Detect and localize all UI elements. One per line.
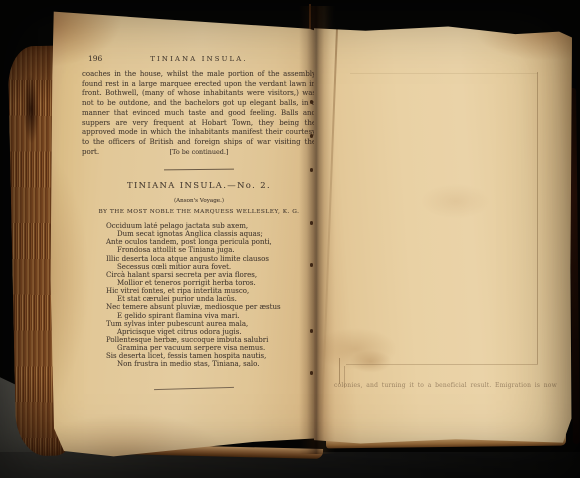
stitch-dot [310, 134, 313, 138]
poem-line: Mollior et teneros porrigit herba toros. [117, 279, 281, 287]
stitch-dot [310, 100, 313, 104]
poem-line: Occiduum laté pelago jactata sub axem, [106, 222, 281, 230]
open-book-photo: 196 TINIANA INSULA. coaches in the house… [0, 0, 580, 478]
poem-line: E gelido spirant flamina viva mari. [117, 312, 281, 320]
impression-line-bottom [346, 364, 538, 365]
binding-thread [309, 4, 311, 30]
right-page: colonies, and turning it to a beneficial… [314, 24, 572, 446]
running-header: TINIANA INSULA. [82, 55, 316, 63]
poem-line: Illic deserta loca atque angusto limite … [106, 255, 281, 263]
article-subtitle: (Anson's Voyage.) [82, 198, 316, 204]
stitch-dot [310, 329, 313, 333]
impression-line-vertical [537, 72, 538, 364]
poem-line: Circà halant sparsi secreta per avia flo… [106, 271, 281, 279]
poem-line: Non frustra in medio stas, Tiniana, salo… [117, 360, 281, 368]
body-paragraph: coaches in the house, whilst the male po… [82, 70, 316, 157]
crease-line [321, 28, 338, 428]
impression-line-top [350, 73, 538, 74]
section-divider-rule [164, 169, 234, 171]
show-through-text: colonies, and turning it to a beneficial… [334, 382, 550, 389]
stitch-dot [310, 263, 313, 267]
poem-line: Apricisque viget citrus odora jugis. [117, 328, 281, 336]
article-title: TINIANA INSULA.—No. 2. [82, 180, 316, 190]
end-rule [154, 387, 234, 390]
left-page: 196 TINIANA INSULA. coaches in the house… [26, 8, 318, 460]
poem-line: Pollentesque herbæ, succoque imbuta salu… [106, 336, 281, 344]
poem: Occiduum laté pelago jactata sub axem, D… [106, 222, 281, 369]
poem-line: Frondosa attollit se Tiniana juga. [117, 246, 281, 254]
continuation-notice: [To be continued.] [82, 148, 316, 156]
stitch-dot [310, 168, 313, 172]
impression-corner-mark [339, 358, 340, 384]
stitch-dot [310, 371, 313, 375]
poem-line: Nec temere absunt pluviæ, mediosque per … [106, 303, 281, 311]
poem-line: Tum sylvas inter pubescunt aurea mala, [106, 320, 281, 328]
stitch-dot [310, 221, 313, 225]
article-byline: BY THE MOST NOBLE THE MARQUESS WELLESLEY… [82, 209, 316, 215]
poem-line: Secessus cœli mitior aura fovet. [117, 263, 281, 271]
